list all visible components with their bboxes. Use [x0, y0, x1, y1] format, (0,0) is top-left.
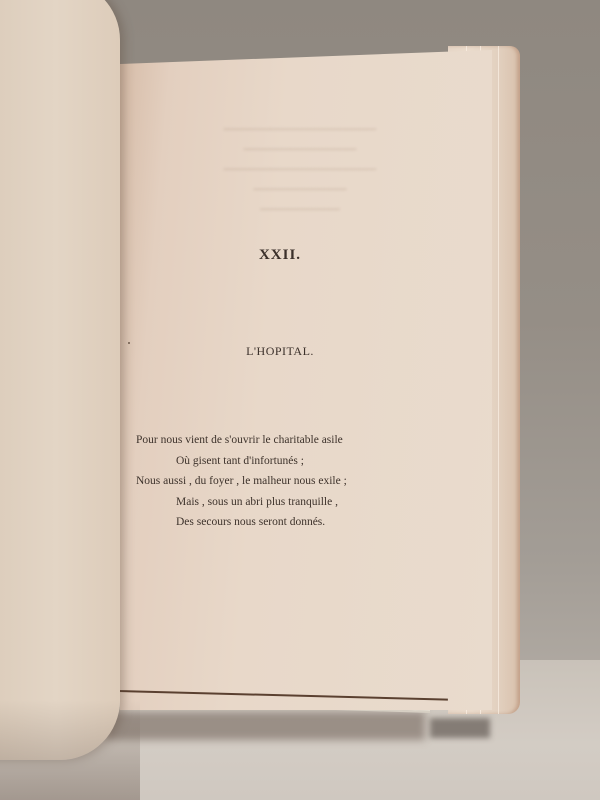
chapter-number: XXII. — [235, 247, 325, 264]
poem-line: Des secours nous seront donnés. — [136, 512, 436, 533]
poem-line: Mais , sous un abri plus tranquille , — [136, 492, 436, 513]
book-shadow-right — [430, 718, 490, 738]
paper-speck — [128, 342, 130, 344]
poem-line: Où gisent tant d'infortunés ; — [136, 451, 436, 472]
book-shadow — [105, 712, 425, 740]
poem-stanza: Pour nous vient de s'ouvrir le charitabl… — [136, 430, 436, 533]
poem-line: Pour nous vient de s'ouvrir le charitabl… — [136, 430, 436, 451]
poem-title: L'HOPITAL. — [220, 344, 340, 359]
poem-line: Nous aussi , du foyer , le malheur nous … — [136, 471, 436, 492]
book-page-left-curled — [0, 0, 120, 760]
left-page-shadow — [0, 700, 140, 800]
page-edge-line — [498, 46, 499, 714]
show-through-text: ━━━━━━━━━━━━━━━━━━━━━━━ ━━━━━━━━━━━━━━━━… — [150, 120, 450, 220]
